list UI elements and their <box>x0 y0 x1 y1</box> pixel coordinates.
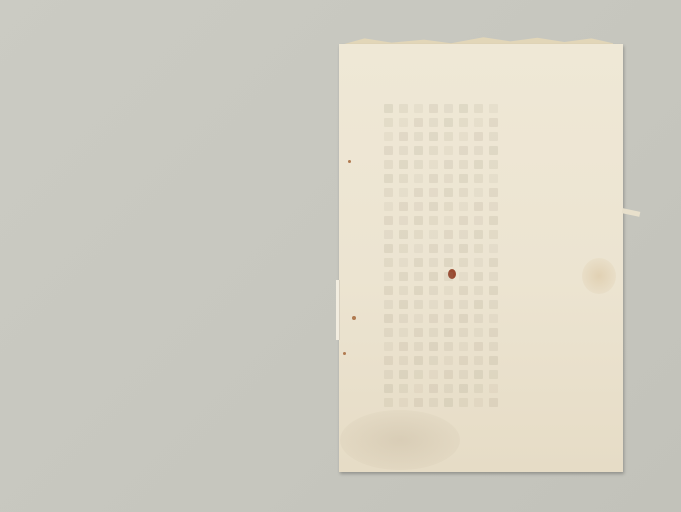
faint-glyph <box>399 398 408 407</box>
faint-glyph <box>474 118 483 127</box>
faint-glyph <box>444 146 453 155</box>
faint-glyph <box>414 132 423 141</box>
faint-glyph <box>429 118 438 127</box>
faint-glyph <box>474 230 483 239</box>
faint-glyph <box>489 384 498 393</box>
bleed-column <box>459 104 468 422</box>
faint-glyph <box>414 342 423 351</box>
faint-glyph <box>474 384 483 393</box>
faint-glyph <box>489 230 498 239</box>
faint-glyph <box>459 202 468 211</box>
faint-glyph <box>474 258 483 267</box>
faint-glyph <box>429 104 438 113</box>
faint-glyph <box>474 272 483 281</box>
faint-glyph <box>414 174 423 183</box>
binding-strip <box>336 280 340 340</box>
faint-glyph <box>384 342 393 351</box>
faint-glyph <box>414 314 423 323</box>
faint-glyph <box>459 328 468 337</box>
faint-glyph <box>474 104 483 113</box>
faint-glyph <box>444 384 453 393</box>
faint-glyph <box>399 160 408 169</box>
faint-glyph <box>474 174 483 183</box>
faint-glyph <box>474 132 483 141</box>
faint-glyph <box>459 216 468 225</box>
faint-glyph <box>474 202 483 211</box>
faint-glyph <box>384 146 393 155</box>
faint-glyph <box>459 286 468 295</box>
faint-glyph <box>474 300 483 309</box>
faint-glyph <box>459 300 468 309</box>
faint-glyph <box>399 286 408 295</box>
faint-glyph <box>429 146 438 155</box>
faint-glyph <box>444 258 453 267</box>
faint-glyph <box>459 342 468 351</box>
faint-glyph <box>489 300 498 309</box>
faint-glyph <box>399 188 408 197</box>
faint-glyph <box>399 216 408 225</box>
bleed-column <box>489 104 498 422</box>
faint-glyph <box>489 160 498 169</box>
faint-glyph <box>414 146 423 155</box>
faint-glyph <box>429 286 438 295</box>
faint-glyph <box>459 132 468 141</box>
faint-glyph <box>474 314 483 323</box>
faint-glyph <box>474 146 483 155</box>
faint-glyph <box>399 202 408 211</box>
faint-glyph <box>384 244 393 253</box>
faint-glyph <box>459 146 468 155</box>
faint-glyph <box>414 160 423 169</box>
faint-glyph <box>444 230 453 239</box>
foxing-spot <box>348 160 351 163</box>
faint-glyph <box>459 356 468 365</box>
faint-glyph <box>429 188 438 197</box>
faint-glyph <box>459 104 468 113</box>
faint-glyph <box>429 342 438 351</box>
faint-glyph <box>489 104 498 113</box>
faint-glyph <box>384 286 393 295</box>
faint-glyph <box>429 202 438 211</box>
faint-glyph <box>474 244 483 253</box>
faint-glyph <box>489 174 498 183</box>
faint-glyph <box>414 398 423 407</box>
faint-glyph <box>459 230 468 239</box>
faint-glyph <box>384 272 393 281</box>
faint-glyph <box>414 286 423 295</box>
faint-glyph <box>474 286 483 295</box>
faint-glyph <box>459 398 468 407</box>
faint-glyph <box>399 342 408 351</box>
faint-glyph <box>474 342 483 351</box>
faint-glyph <box>474 188 483 197</box>
faint-glyph <box>429 230 438 239</box>
faint-glyph <box>414 272 423 281</box>
faint-glyph <box>384 230 393 239</box>
faint-glyph <box>414 384 423 393</box>
faint-glyph <box>429 272 438 281</box>
faint-glyph <box>429 244 438 253</box>
faint-glyph <box>429 314 438 323</box>
faint-glyph <box>384 202 393 211</box>
faint-glyph <box>489 244 498 253</box>
faint-glyph <box>444 244 453 253</box>
faint-glyph <box>384 174 393 183</box>
faint-glyph <box>489 370 498 379</box>
faint-glyph <box>444 370 453 379</box>
faint-glyph <box>414 258 423 267</box>
faint-glyph <box>489 328 498 337</box>
faint-glyph <box>414 370 423 379</box>
faint-glyph <box>444 328 453 337</box>
faint-glyph <box>444 286 453 295</box>
faint-glyph <box>399 258 408 267</box>
bleed-column <box>399 104 408 422</box>
faint-glyph <box>414 202 423 211</box>
faint-glyph <box>399 230 408 239</box>
faint-glyph <box>459 272 468 281</box>
faint-glyph <box>414 118 423 127</box>
faint-glyph <box>429 328 438 337</box>
faint-glyph <box>384 132 393 141</box>
faint-glyph <box>489 272 498 281</box>
faint-glyph <box>414 328 423 337</box>
faint-glyph <box>414 188 423 197</box>
faint-glyph <box>384 356 393 365</box>
faint-glyph <box>399 174 408 183</box>
faint-glyph <box>459 314 468 323</box>
faint-glyph <box>399 370 408 379</box>
faint-glyph <box>444 132 453 141</box>
faint-glyph <box>444 160 453 169</box>
faint-glyph <box>489 342 498 351</box>
faint-glyph <box>414 356 423 365</box>
water-stain <box>582 258 616 294</box>
faint-glyph <box>474 160 483 169</box>
faint-glyph <box>414 300 423 309</box>
faint-glyph <box>399 104 408 113</box>
faint-glyph <box>429 300 438 309</box>
faint-glyph <box>489 314 498 323</box>
faint-glyph <box>399 118 408 127</box>
faint-glyph <box>489 202 498 211</box>
faint-glyph <box>384 216 393 225</box>
faint-glyph <box>459 258 468 267</box>
faint-glyph <box>489 216 498 225</box>
faint-glyph <box>414 216 423 225</box>
faint-glyph <box>399 272 408 281</box>
faint-glyph <box>399 132 408 141</box>
faint-glyph <box>489 258 498 267</box>
faint-glyph <box>399 244 408 253</box>
faint-glyph <box>489 132 498 141</box>
faint-glyph <box>429 132 438 141</box>
bleed-column <box>429 104 438 422</box>
faint-glyph <box>384 258 393 267</box>
faint-glyph <box>399 384 408 393</box>
faint-glyph <box>489 118 498 127</box>
bleed-column <box>444 104 453 422</box>
faint-glyph <box>399 300 408 309</box>
faint-glyph <box>474 370 483 379</box>
faint-glyph <box>444 118 453 127</box>
faint-glyph <box>459 188 468 197</box>
faint-glyph <box>444 202 453 211</box>
faint-glyph <box>459 174 468 183</box>
faint-glyph <box>444 188 453 197</box>
faint-glyph <box>489 356 498 365</box>
faint-glyph <box>384 398 393 407</box>
faint-glyph <box>384 104 393 113</box>
faint-glyph <box>384 188 393 197</box>
bleed-column <box>414 104 423 422</box>
faint-glyph <box>414 104 423 113</box>
faint-glyph <box>399 328 408 337</box>
faint-glyph <box>414 244 423 253</box>
foxing-spot <box>343 352 346 355</box>
faint-glyph <box>459 160 468 169</box>
faint-glyph <box>459 118 468 127</box>
faint-glyph <box>444 342 453 351</box>
faint-glyph <box>444 216 453 225</box>
bleed-column <box>384 104 393 422</box>
faint-glyph <box>444 356 453 365</box>
faint-glyph <box>459 370 468 379</box>
faint-glyph <box>489 188 498 197</box>
faint-glyph <box>399 356 408 365</box>
faint-glyph <box>474 216 483 225</box>
bleed-column <box>474 104 483 422</box>
faint-glyph <box>444 174 453 183</box>
faint-glyph <box>444 314 453 323</box>
faint-glyph <box>444 104 453 113</box>
faint-glyph <box>399 146 408 155</box>
faint-glyph <box>474 398 483 407</box>
faint-glyph <box>414 230 423 239</box>
faint-glyph <box>474 356 483 365</box>
faint-glyph <box>384 384 393 393</box>
faint-glyph <box>429 174 438 183</box>
faint-glyph <box>384 300 393 309</box>
faint-glyph <box>384 314 393 323</box>
bleed-through-text <box>398 104 498 422</box>
faint-glyph <box>444 272 453 281</box>
faint-glyph <box>489 286 498 295</box>
faint-glyph <box>384 370 393 379</box>
faint-glyph <box>399 314 408 323</box>
faint-glyph <box>429 398 438 407</box>
faint-glyph <box>444 300 453 309</box>
faint-glyph <box>459 244 468 253</box>
faint-glyph <box>429 160 438 169</box>
faint-glyph <box>384 118 393 127</box>
faint-glyph <box>444 398 453 407</box>
faint-glyph <box>459 384 468 393</box>
faint-glyph <box>429 384 438 393</box>
faint-glyph <box>474 328 483 337</box>
faint-glyph <box>489 146 498 155</box>
faint-glyph <box>384 328 393 337</box>
faint-glyph <box>429 356 438 365</box>
faint-glyph <box>429 216 438 225</box>
faint-glyph <box>384 160 393 169</box>
faint-glyph <box>429 258 438 267</box>
faint-glyph <box>489 398 498 407</box>
faint-glyph <box>429 370 438 379</box>
foxing-spot <box>352 316 356 320</box>
